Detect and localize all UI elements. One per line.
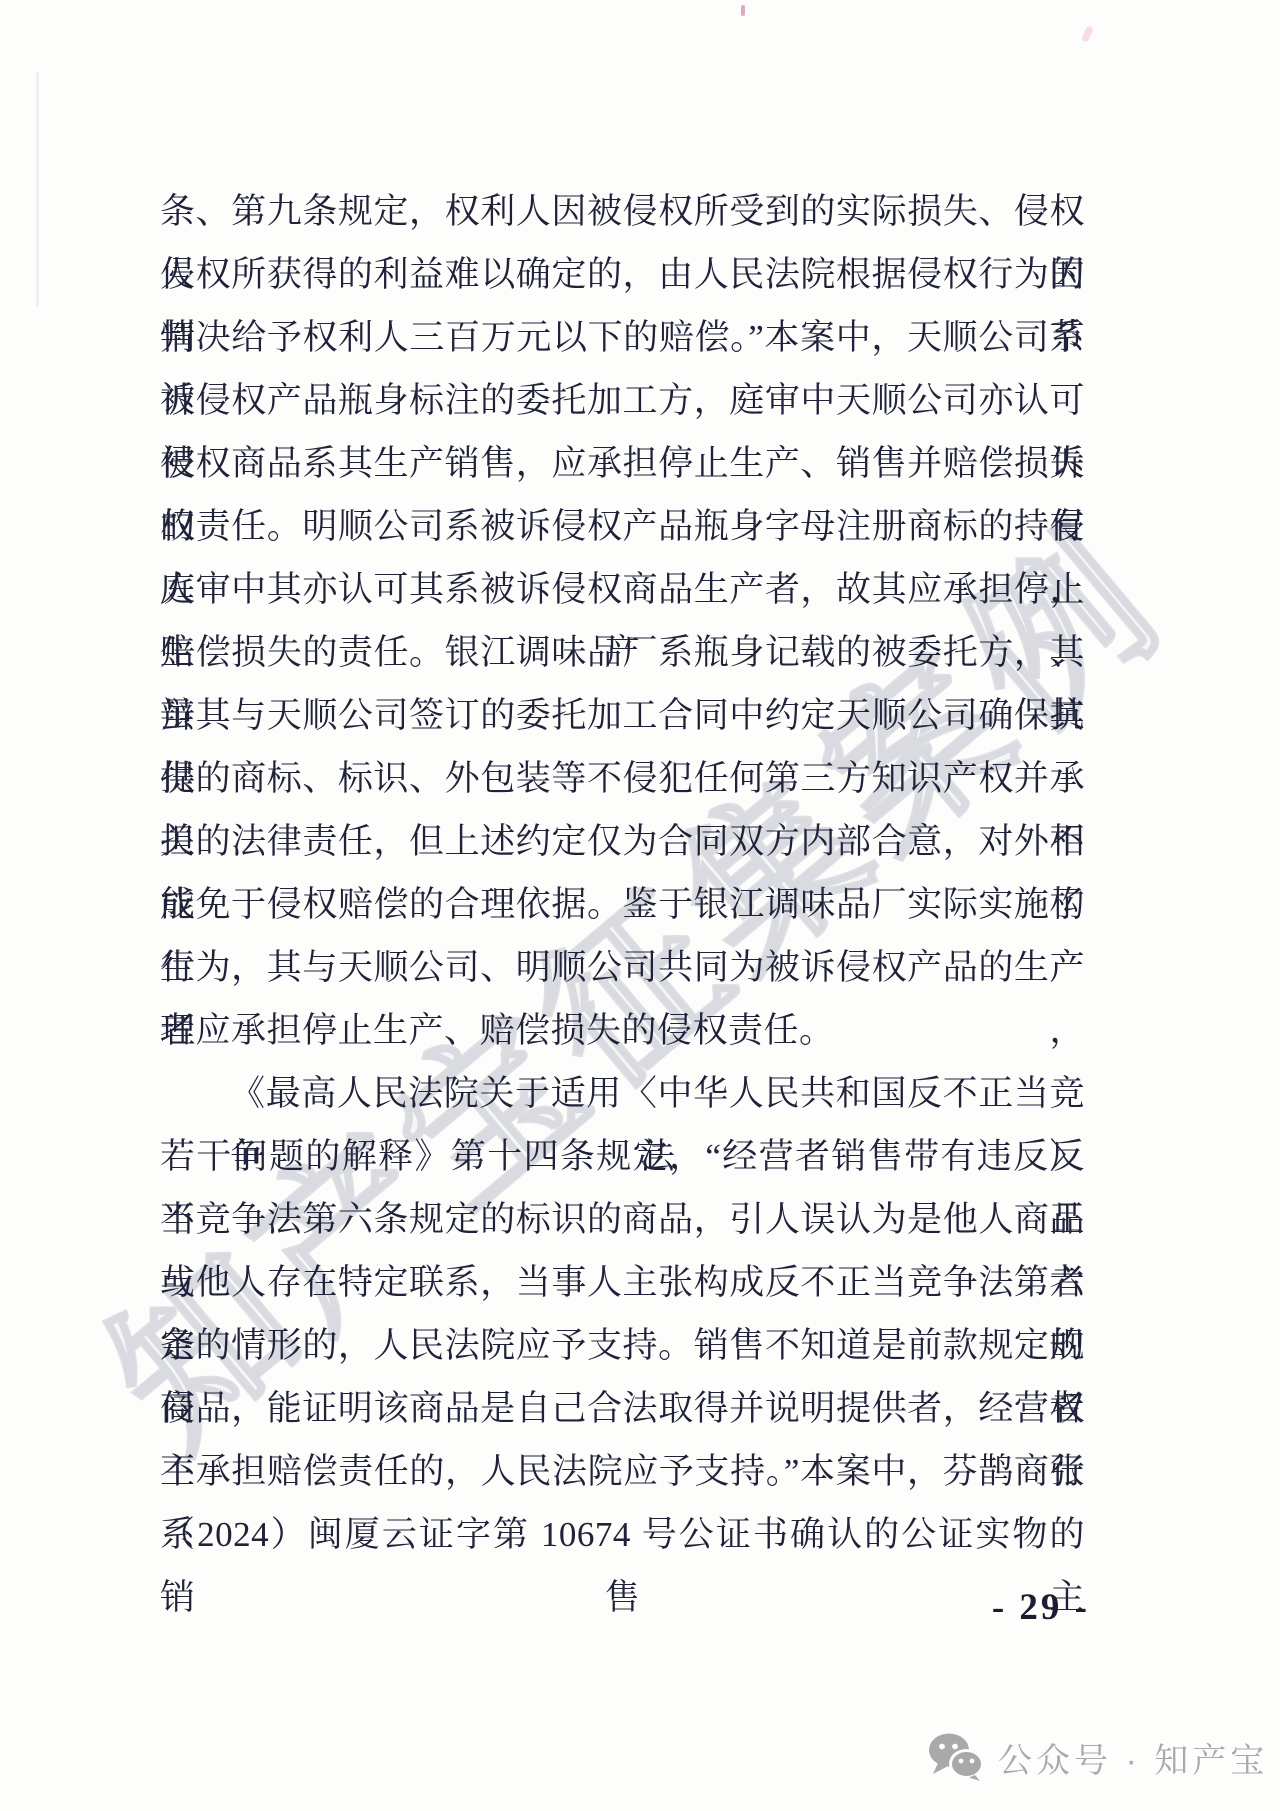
scan-dot-artifact bbox=[1081, 25, 1094, 42]
wechat-icon bbox=[928, 1733, 984, 1781]
document-line: 《最高人民法院关于适用〈中华人民共和国反不正当竞争法〉 bbox=[160, 1062, 1085, 1125]
scan-dot-artifact bbox=[741, 5, 745, 16]
document-body: 条、第九条规定，权利人因被侵权所受到的实际损失、侵权人因侵权所获得的利益难以确定… bbox=[160, 180, 1085, 1566]
document-line: 庭审中其亦认可其系被诉侵权商品生产者，故其应承担停止生产、 bbox=[160, 558, 1085, 621]
document-line: 成免于侵权赔偿的合理依据。鉴于银江调味品厂实际实施了生产 bbox=[160, 873, 1085, 936]
document-line: 判决给予权利人三百万元以下的赔偿。”本案中，天顺公司系被 bbox=[160, 306, 1085, 369]
document-line: 侵权所获得的利益难以确定的，由人民法院根据侵权行为的情节 bbox=[160, 243, 1085, 306]
scanned-court-document-page: 知产宝征集案例 条、第九条规定，权利人因被侵权所受到的实际损失、侵权人因侵权所获… bbox=[0, 0, 1280, 1811]
footer: 公众号 · 知产宝 bbox=[928, 1731, 1268, 1783]
document-line: （2024）闽厦云证字第 10674 号公证书确认的公证实物的销售主 bbox=[160, 1503, 1085, 1566]
document-line: 商品，能证明该商品是自己合法取得并说明提供者，经营者主张 bbox=[160, 1377, 1085, 1440]
document-line: 诉侵权产品瓶身标注的委托加工方，庭审中天顺公司亦认可被诉 bbox=[160, 369, 1085, 432]
document-line: 辩其与天顺公司签订的委托加工合同中约定天顺公司确保其提 bbox=[160, 684, 1085, 747]
document-line: 定的情形的，人民法院应予支持。销售不知道是前款规定的侵权 bbox=[160, 1314, 1085, 1377]
document-line: 赔偿损失的责任。银江调味品厂系瓶身记载的被委托方，其虽抗 bbox=[160, 621, 1085, 684]
document-line: 若干问题的解释》第十四条规定，“经营者销售带有违反反不正 bbox=[160, 1125, 1085, 1188]
document-line: 关的法律责任，但上述约定仅为合同双方内部合意，对外不能构 bbox=[160, 810, 1085, 873]
document-line: 侵权商品系其生产销售，应承担停止生产、销售并赔偿损失的侵 bbox=[160, 432, 1085, 495]
document-line: 供的商标、标识、外包装等不侵犯任何第三方知识产权并承担相 bbox=[160, 747, 1085, 810]
footer-label: 公众号 · 知产宝 bbox=[998, 1733, 1268, 1782]
document-line: 条、第九条规定，权利人因被侵权所受到的实际损失、侵权人因 bbox=[160, 180, 1085, 243]
scan-edge-artifact bbox=[36, 72, 39, 307]
page-number: - 29 - bbox=[992, 1586, 1090, 1629]
document-line: 行为，其与天顺公司、明顺公司共同为被诉侵权产品的生产者， bbox=[160, 936, 1085, 999]
document-line: 当竞争法第六条规定的标识的商品，引人误认为是他人商品或者 bbox=[160, 1188, 1085, 1251]
document-line: 不承担赔偿责任的，人民法院应予支持。”本案中，芬鹊商行系 bbox=[160, 1440, 1085, 1503]
document-line: 与他人存在特定联系，当事人主张构成反不正当竞争法第六条规 bbox=[160, 1251, 1085, 1314]
document-line: 权责任。明顺公司系被诉侵权产品瓶身字母注册商标的持有人， bbox=[160, 495, 1085, 558]
